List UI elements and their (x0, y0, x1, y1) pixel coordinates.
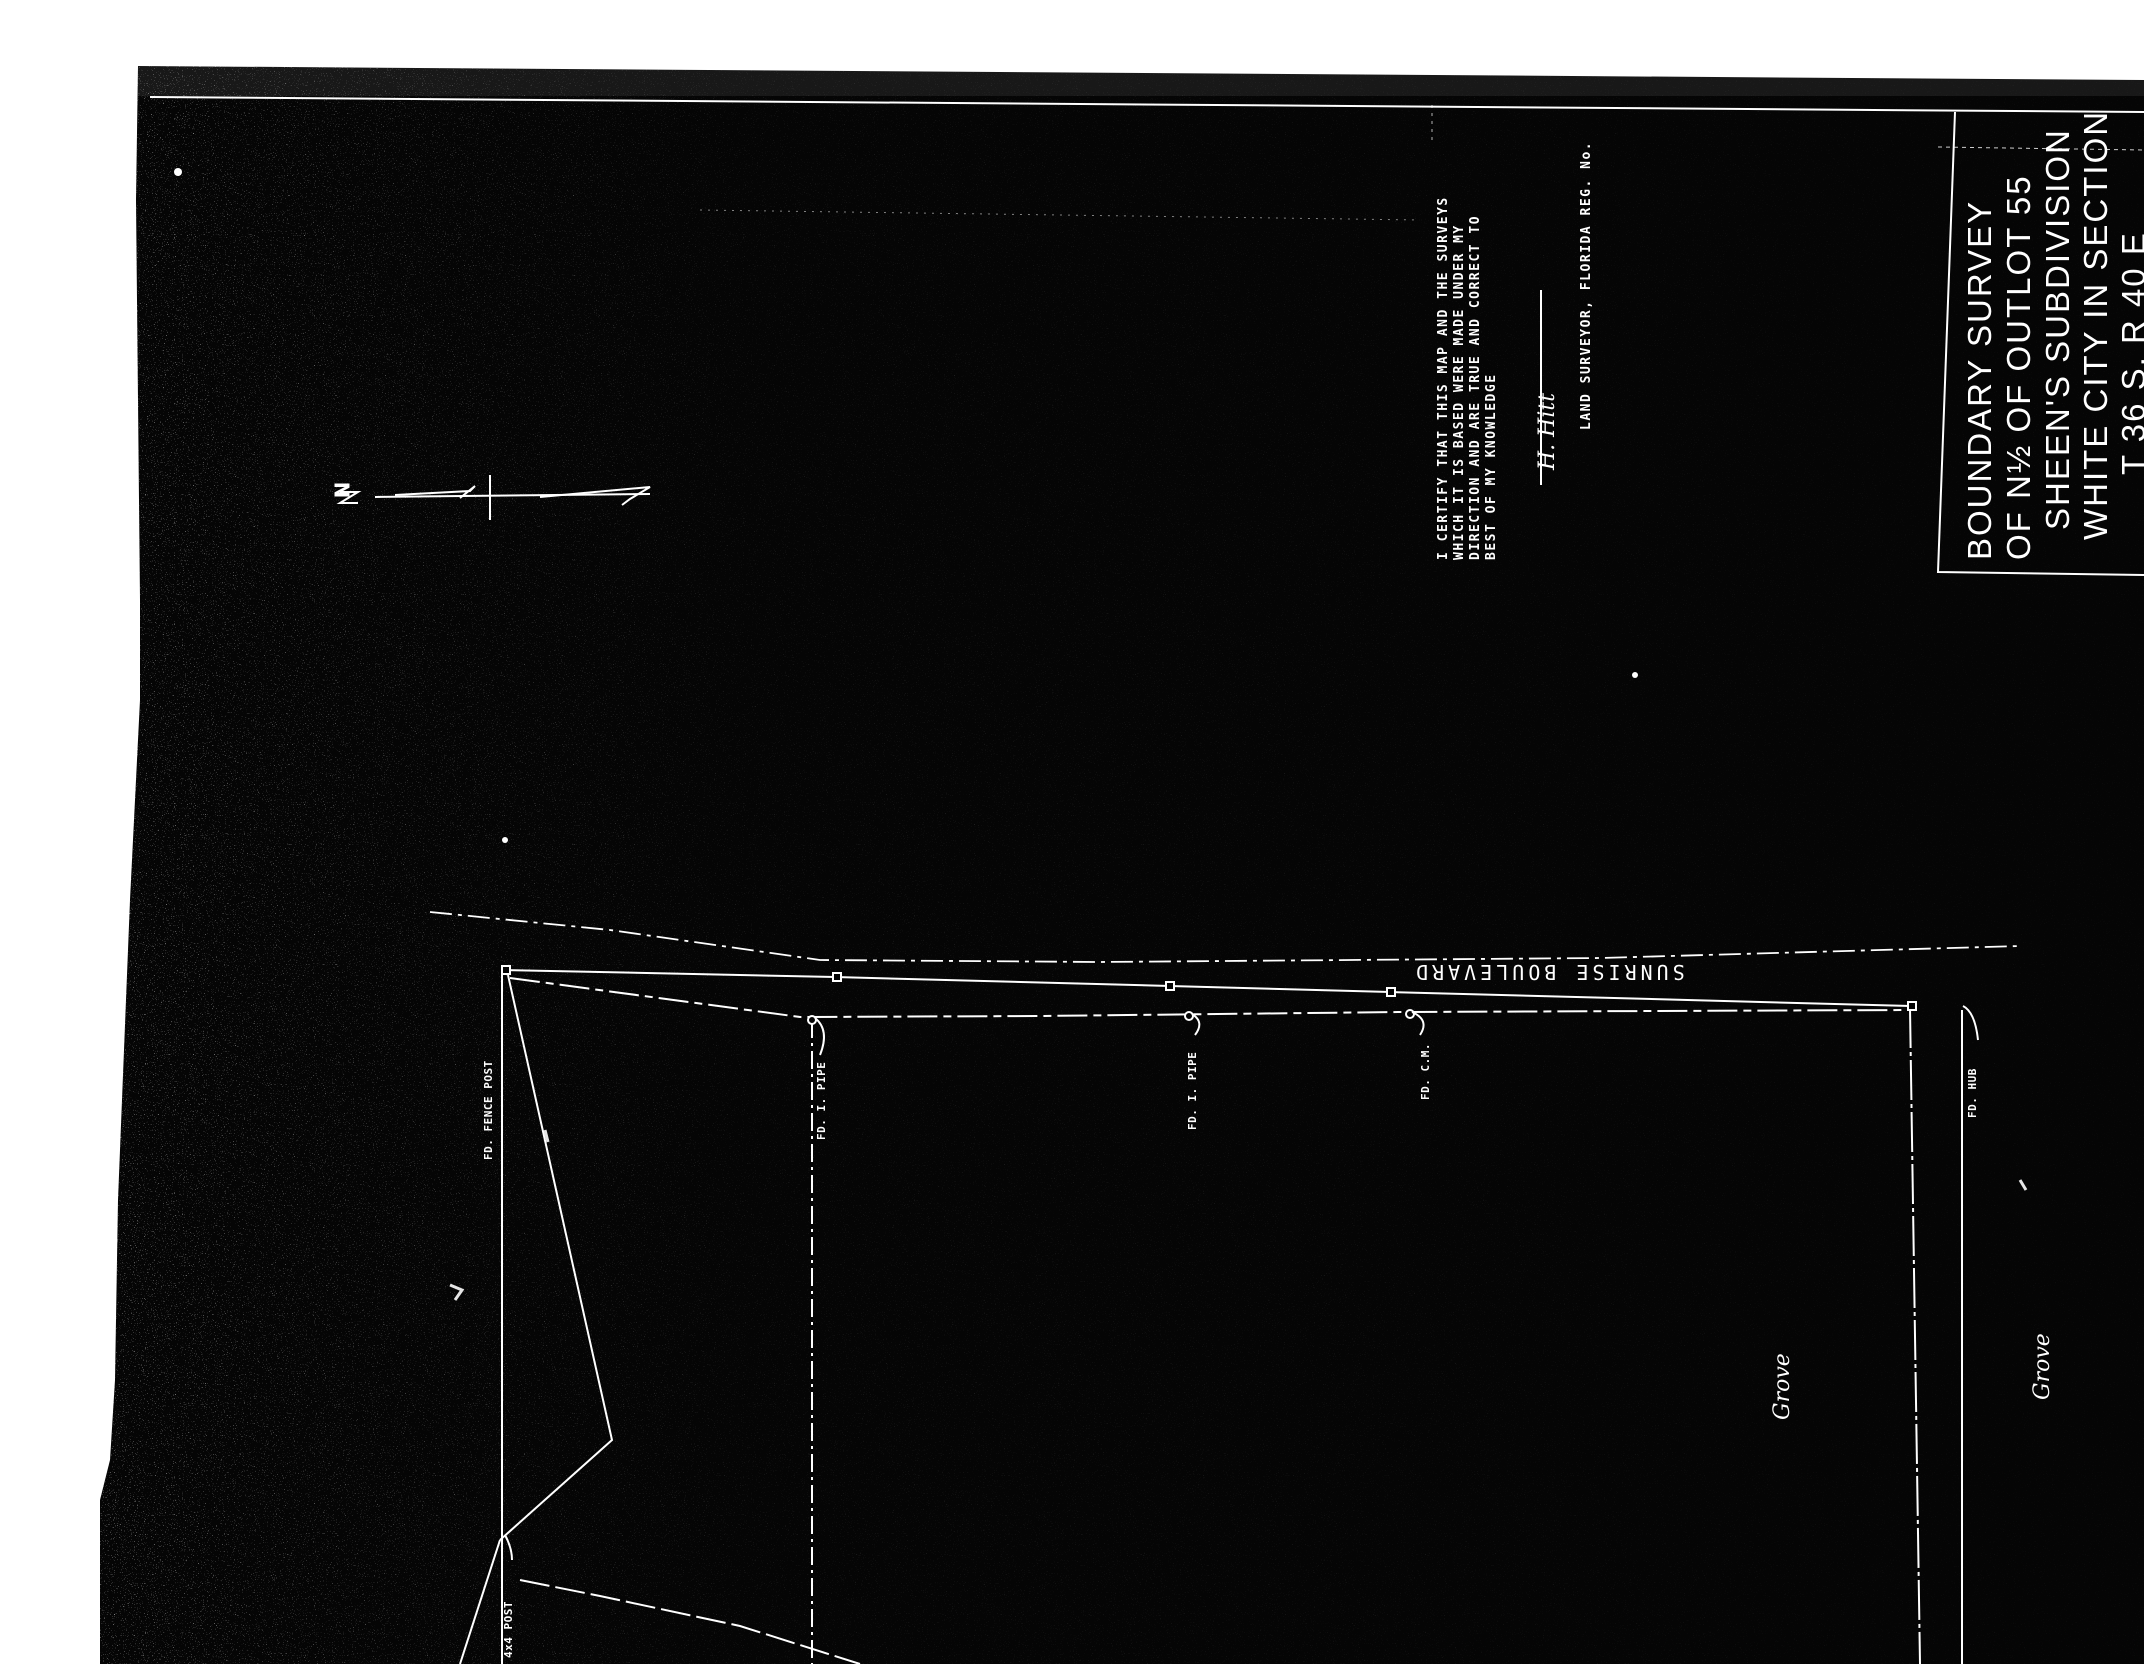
title-line-2: OF N½ OF OUTLOT 55 (2002, 174, 2035, 560)
top-border-strip (138, 66, 2144, 96)
marker-road (1387, 988, 1395, 996)
marker-road (833, 973, 841, 981)
title-line-5: T 36 S, R 40 E (2117, 231, 2144, 475)
marker-iron-pipe (808, 1016, 816, 1024)
monument-label-fence-post: FD. FENCE POST (482, 1060, 495, 1160)
land-use-label-grove-2: Grove (2030, 1333, 2055, 1400)
certificate-line-3: DIRECTION AND ARE TRUE AND CORRECT TO (1469, 215, 1482, 560)
marker-corner (1908, 1002, 1916, 1010)
surveyor-title: LAND SURVEYOR, FLORIDA REG. No. (1580, 141, 1593, 430)
certificate-line-2: WHICH IT IS BASED WERE MADE UNDER MY (1453, 224, 1466, 560)
monument-label-iron-pipe-1: FD. I. PIPE (815, 1062, 828, 1140)
certificate-line-1: I CERTIFY THAT THIS MAP AND THE SURVEYS (1437, 196, 1450, 560)
monument-label-hub: FD. HUB (1966, 1068, 1979, 1118)
land-use-label-grove-1: Grove (1770, 1353, 1795, 1420)
title-line-4: WHITE CITY IN SECTION (2079, 110, 2112, 540)
monument-label-concrete-monument: FD. C.M. (1419, 1043, 1432, 1100)
north-arrow-label: N (330, 482, 354, 499)
title-line-1: BOUNDARY SURVEY (1963, 200, 1996, 560)
monument-label-4x4-post: 4x4 POST (502, 1601, 515, 1658)
certificate-line-4: BEST OF MY KNOWLEDGE (1485, 373, 1498, 560)
surveyor-signature: H. Hitt (1535, 393, 1560, 470)
signature-line (1540, 290, 1542, 485)
marker-fence-post (502, 966, 510, 974)
monument-label-iron-pipe-2: FD. I. PIPE (1186, 1052, 1199, 1130)
road-name-label: SUNRISE BOULEVARD (1412, 960, 1685, 984)
survey-plat (0, 0, 2144, 1664)
marker-road (1166, 982, 1174, 990)
marker-concrete-monument (1406, 1010, 1414, 1018)
marker-iron-pipe (1185, 1012, 1193, 1020)
title-line-3: SHEEN'S SUBDIVISION (2041, 128, 2074, 530)
